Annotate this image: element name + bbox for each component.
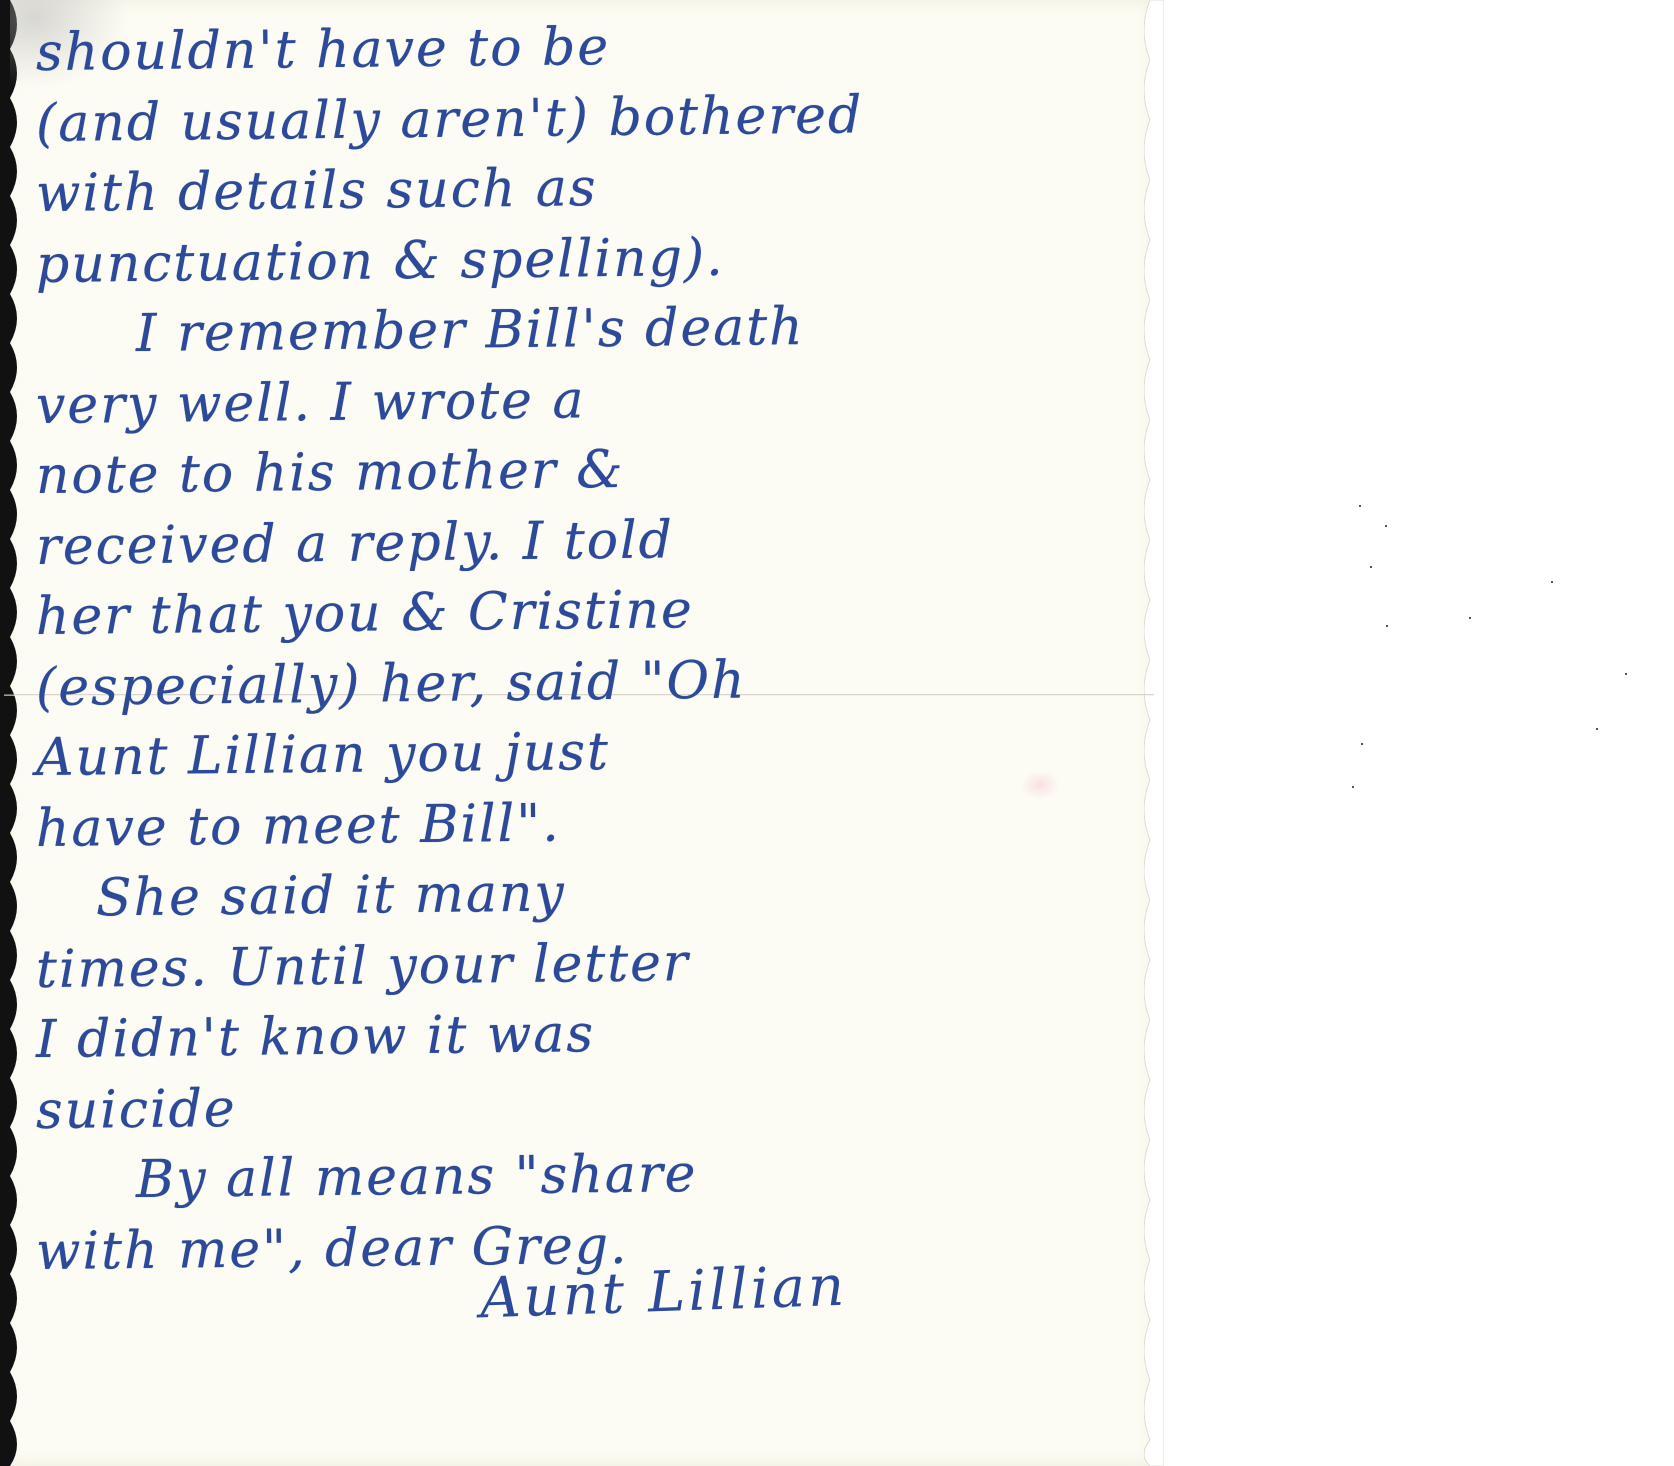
letter-line: times. Until your letter xyxy=(36,923,1127,1005)
scan-canvas: shouldn't have to be (and usually aren't… xyxy=(0,0,1674,1466)
letter-line: note to his mother & xyxy=(36,430,1127,512)
scan-speck xyxy=(1469,617,1471,619)
letter-body: shouldn't have to be (and usually aren't… xyxy=(36,18,1126,1287)
scan-speck xyxy=(1385,525,1387,527)
letter-line: with details such as xyxy=(36,148,1127,230)
scan-border-strip xyxy=(0,0,10,1466)
letter-line: punctuation & spelling). xyxy=(36,218,1127,300)
letter-line: very well. I wrote a xyxy=(36,359,1127,441)
scan-speck xyxy=(1386,625,1388,627)
letter-line: (and usually aren't) bothered xyxy=(36,77,1127,159)
scalloped-edge-right xyxy=(1144,0,1164,1466)
letter-line: received a reply. I told xyxy=(36,500,1127,582)
scan-speck xyxy=(1352,786,1354,788)
scan-speck xyxy=(1551,581,1553,583)
scan-speck xyxy=(1361,743,1363,745)
letter-line: have to meet Bill". xyxy=(36,782,1127,864)
letter-line: By all means "share xyxy=(36,1135,1127,1217)
letter-line: (especially) her, said "Oh xyxy=(36,641,1127,723)
letter-line: Aunt Lillian you just xyxy=(36,712,1127,794)
letter-line: I remember Bill's death xyxy=(36,289,1127,371)
scan-speck xyxy=(1596,728,1598,730)
scan-speck xyxy=(1370,566,1372,568)
letter-line: suicide xyxy=(36,1064,1127,1146)
letter-line: She said it many xyxy=(36,853,1127,935)
scan-speck xyxy=(1625,673,1627,675)
letter-line: her that you & Cristine xyxy=(36,571,1127,653)
letter-line: shouldn't have to be xyxy=(36,7,1127,89)
signature: Aunt Lillian xyxy=(479,1254,848,1332)
letter-line: I didn't know it was xyxy=(36,994,1127,1076)
scan-speck xyxy=(1359,505,1361,507)
